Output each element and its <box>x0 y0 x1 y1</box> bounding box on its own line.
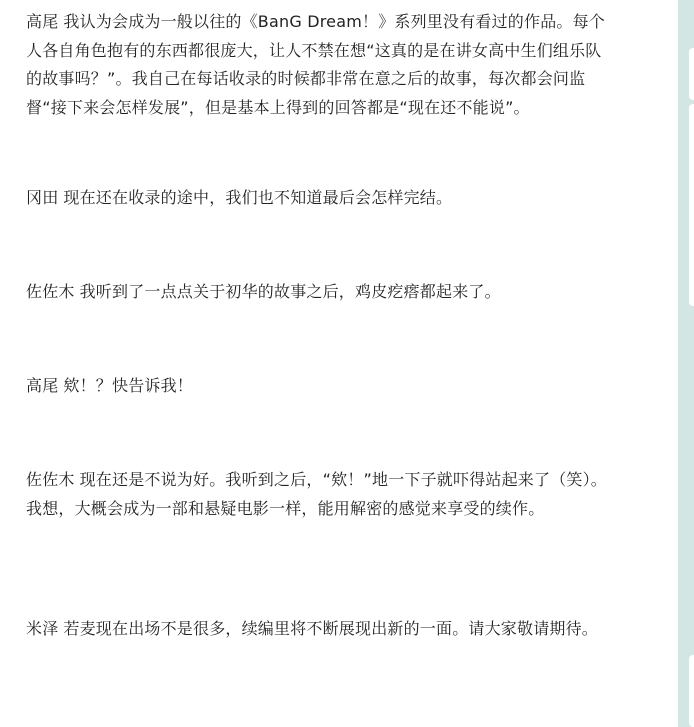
speaker-name: 冈田 <box>26 188 58 207</box>
interview-paragraph: 佐佐木我听到了一点点关于初华的故事之后，鸡皮疙瘩都起来了。 <box>26 278 616 307</box>
speaker-name: 佐佐木 <box>26 282 75 301</box>
paragraph-text: 我认为会成为一般以往的《BanG Dream！》系列里没有看过的作品。每个人各自… <box>26 12 605 117</box>
interview-paragraph: 佐佐木现在还是不说为好。我听到之后，“欸！”地一下子就吓得站起来了（笑）。我想，… <box>26 466 610 523</box>
interview-paragraph: 冈田现在还在收录的途中，我们也不知道最后会怎样完结。 <box>26 184 616 213</box>
interview-paragraph: 高尾欸！？快告诉我！ <box>26 372 616 401</box>
speaker-name: 佐佐木 <box>26 470 75 489</box>
speaker-name: 高尾 <box>26 376 58 395</box>
interview-paragraph: 米泽若麦现在出场不是很多，续编里将不断展现出新的一面。请大家敬请期待。 <box>26 615 610 644</box>
side-panel-edge <box>689 655 694 727</box>
paragraph-text: 若麦现在出场不是很多，续编里将不断展现出新的一面。请大家敬请期待。 <box>63 619 598 638</box>
side-panel-edge <box>689 104 694 306</box>
paragraph-text: 欸！？快告诉我！ <box>63 376 193 395</box>
interview-paragraph: 高尾我认为会成为一般以往的《BanG Dream！》系列里没有看过的作品。每个人… <box>26 8 616 122</box>
paragraph-text: 现在还是不说为好。我听到之后，“欸！”地一下子就吓得站起来了（笑）。我想，大概会… <box>26 470 607 518</box>
speaker-name: 米泽 <box>26 619 58 638</box>
speaker-name: 高尾 <box>26 12 58 31</box>
side-panel-edge <box>689 48 694 100</box>
paragraph-text: 现在还在收录的途中，我们也不知道最后会怎样完结。 <box>63 188 452 207</box>
paragraph-text: 我听到了一点点关于初华的故事之后，鸡皮疙瘩都起来了。 <box>80 282 501 301</box>
